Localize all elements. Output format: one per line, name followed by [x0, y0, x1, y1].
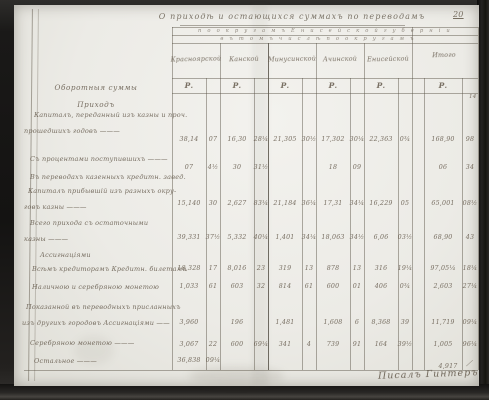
row-label: изъ другихъ городовъ Ассигнаціями —— [22, 320, 170, 327]
cell-rubles: 68,90 [433, 234, 452, 241]
cell-rubles: 3,067 [179, 341, 198, 348]
grid-vertical-rule [254, 78, 255, 370]
cell-rubles: 600 [327, 283, 340, 290]
cell-kopecks: 09¼ [206, 357, 221, 364]
column-header-district: Енисейской [367, 56, 409, 64]
cell-rubles: 814 [279, 283, 292, 290]
cell-rubles: 406 [375, 283, 388, 290]
cell-rubles: 39,331 [177, 234, 200, 241]
cell-kopecks: 17 [209, 265, 217, 272]
cell-kopecks: 91 [353, 341, 361, 348]
cell-rubles: 319 [279, 265, 292, 272]
cell-rubles: 17,31 [323, 200, 342, 207]
left-heading-line1: Оборотныя суммы [55, 84, 138, 91]
cell-kopecks: 01 [353, 283, 361, 290]
cell-rubles: 65,001 [431, 200, 454, 207]
cell-kopecks: 32 [257, 283, 265, 290]
cell-kopecks: 69¼ [254, 341, 269, 348]
scanned-ledger-page: О приходѣ и остающихся суммахъ по перево… [0, 0, 489, 400]
cell-rubles: 168,90 [431, 136, 454, 143]
cell-kopecks: 31½ [254, 164, 269, 171]
page-number: 20 [453, 11, 464, 18]
flourish-mark: ⟋ [466, 360, 472, 367]
cell-rubles: 739 [327, 341, 340, 348]
cell-kopecks: 4½ [208, 164, 219, 171]
cell-kopecks: 34½ [350, 234, 365, 241]
ruble-mark: Р. [185, 82, 194, 89]
row-label: Серебряною монетою ——— [30, 340, 134, 347]
row-label: Остальное ——— [34, 358, 97, 365]
grid-horizontal-rule [24, 370, 478, 371]
cell-rubles: 21,184 [273, 200, 296, 207]
row-label: Наличною и серебряною монетою [32, 284, 159, 291]
cell-kopecks: 0¾ [400, 136, 411, 143]
cell-kopecks: 96¼ [463, 341, 478, 348]
cell-kopecks: 07 [209, 136, 217, 143]
grid-vertical-rule [302, 78, 303, 370]
cell-rubles: 8,016 [227, 265, 246, 272]
grid-horizontal-rule [172, 93, 478, 94]
cell-kopecks: 39½ [398, 341, 413, 348]
cell-rubles: 16,229 [369, 200, 392, 207]
cell-kopecks: 61 [209, 283, 217, 290]
scan-border-bottom [0, 384, 489, 400]
cell-rubles: 18 [329, 164, 337, 171]
grid-vertical-rule [350, 78, 351, 370]
ruble-mark: Р. [233, 82, 242, 89]
row-label: прошедшихъ годовъ ——— [24, 128, 120, 135]
row-label: Всѣмъ кредиторамъ Кредитн. билетами [32, 266, 187, 273]
cell-kopecks: 34¼ [350, 200, 365, 207]
corner-mark: 14 [469, 94, 476, 101]
column-header-district: Красноярской [171, 55, 222, 63]
column-header-district: Минусинской [268, 55, 316, 63]
cell-kopecks: 05 [401, 200, 409, 207]
cell-rubles: 18,328 [177, 265, 200, 272]
cell-rubles: 600 [231, 341, 244, 348]
row-label: Капиталъ, переданный изъ казны и проч. [34, 112, 187, 119]
cell-rubles: 316 [375, 265, 388, 272]
cell-rubles: 22,363 [369, 136, 392, 143]
cell-rubles: 5,332 [227, 234, 246, 241]
grid-horizontal-rule [172, 78, 478, 79]
cell-rubles: 30 [233, 164, 241, 171]
row-label: говъ казны ——— [24, 204, 87, 211]
row-label: Ассигнаціями [40, 252, 91, 259]
cell-rubles: 16,30 [227, 136, 246, 143]
cell-kopecks: 30¼ [350, 136, 365, 143]
row-label: Всего прихода съ остаточными [30, 220, 148, 227]
grid-vertical-rule [478, 27, 479, 370]
cell-kopecks: 03½ [398, 234, 413, 241]
grid-horizontal-rule [172, 35, 478, 36]
cell-rubles: 17,302 [321, 136, 344, 143]
cell-rubles: 1,481 [275, 319, 294, 326]
cell-kopecks: 83¼ [254, 200, 269, 207]
cell-rubles: 1,033 [179, 283, 198, 290]
cell-kopecks: 08½ [463, 200, 478, 207]
cell-rubles: 878 [327, 265, 340, 272]
cell-rubles: 196 [231, 319, 244, 326]
grid-horizontal-rule [172, 43, 478, 44]
grid-vertical-rule [462, 78, 463, 370]
table-band-header-1: п о о к р у г а м ъ Е н и с е й с к о й … [198, 28, 452, 35]
cell-kopecks: 36¼ [302, 200, 317, 207]
ruble-mark: Р. [281, 82, 290, 89]
cell-kopecks: 98 [466, 136, 474, 143]
cell-kopecks: 0¾ [400, 283, 411, 290]
cell-kopecks: 34 [466, 164, 474, 171]
cell-rubles: 1,401 [275, 234, 294, 241]
cell-rubles: 8,368 [371, 319, 390, 326]
cell-rubles: 21,305 [273, 136, 296, 143]
cell-rubles: 6,06 [374, 234, 389, 241]
grid-vertical-rule [424, 78, 425, 370]
grid-vertical-rule [206, 78, 207, 370]
row-label: Показанной въ переводныхъ присланныхъ [26, 304, 181, 311]
row-label: Съ процентами поступившихъ ——— [30, 156, 168, 163]
column-header-district: Ачинской [323, 56, 357, 64]
page-title: О приходѣ и остающихся суммахъ по перево… [159, 13, 425, 20]
grid-horizontal-rule [172, 27, 478, 28]
cell-rubles: 603 [231, 283, 244, 290]
cell-rubles: 341 [279, 341, 292, 348]
cell-kopecks: 23 [257, 265, 265, 272]
cell-rubles: 06 [439, 164, 447, 171]
cell-kopecks: 39 [401, 319, 409, 326]
cell-rubles: 15,140 [177, 200, 200, 207]
cell-rubles: 36,838 [177, 357, 200, 364]
cell-kopecks: 13 [305, 265, 313, 272]
cell-rubles: 11,719 [431, 319, 454, 326]
cell-kopecks: 4 [307, 341, 311, 348]
column-header-total: Итого [432, 52, 456, 59]
cell-kopecks: 22 [209, 341, 217, 348]
cell-rubles: 07 [185, 164, 193, 171]
total-footnote: 4,917 [438, 363, 457, 370]
grid-horizontal-rule [180, 25, 405, 26]
ruble-mark: Р. [439, 82, 448, 89]
cell-kopecks: 27¼ [463, 283, 478, 290]
cell-kopecks: 09 [353, 164, 361, 171]
ruble-mark: Р. [377, 82, 386, 89]
left-heading-line2: Приходъ [77, 101, 114, 108]
cell-kopecks: 43 [466, 234, 474, 241]
cell-rubles: 164 [375, 341, 388, 348]
cell-rubles: 3,960 [179, 319, 198, 326]
cell-rubles: 1,005 [433, 341, 452, 348]
cell-kopecks: 28¼ [254, 136, 269, 143]
cell-kopecks: 30½ [302, 136, 317, 143]
cell-kopecks: 09¼ [463, 319, 478, 326]
cell-kopecks: 6 [355, 319, 359, 326]
cell-rubles: 38,14 [179, 136, 198, 143]
column-header-district: Канской [229, 56, 259, 64]
row-label: Въ переводахъ казенныхъ кредитн. завед. [30, 174, 186, 181]
row-label: Капиталъ прибывшій изъ разныхъ окру- [28, 188, 176, 195]
cell-kopecks: 30 [209, 200, 217, 207]
table-band-header-2: в ъ т о м ъ ч и с л ѣ п о о к р у г а м … [220, 36, 415, 43]
cell-rubles: 2,627 [227, 200, 246, 207]
ruble-mark: Р. [329, 82, 338, 89]
row-label: казны ——— [24, 236, 68, 243]
cell-kopecks: 40¼ [254, 234, 269, 241]
cell-kopecks: 13 [353, 265, 361, 272]
cell-kopecks: 34¼ [302, 234, 317, 241]
cell-kopecks: 19¼ [398, 265, 413, 272]
cell-rubles: 18,063 [321, 234, 344, 241]
cell-kopecks: 37½ [206, 234, 221, 241]
grid-vertical-rule [398, 78, 399, 370]
cell-rubles: 2,603 [433, 283, 452, 290]
cell-kopecks: 61 [305, 283, 313, 290]
cell-rubles: 97,05¼ [430, 265, 455, 272]
cell-kopecks: 18¼ [463, 265, 478, 272]
cell-rubles: 1,608 [323, 319, 342, 326]
